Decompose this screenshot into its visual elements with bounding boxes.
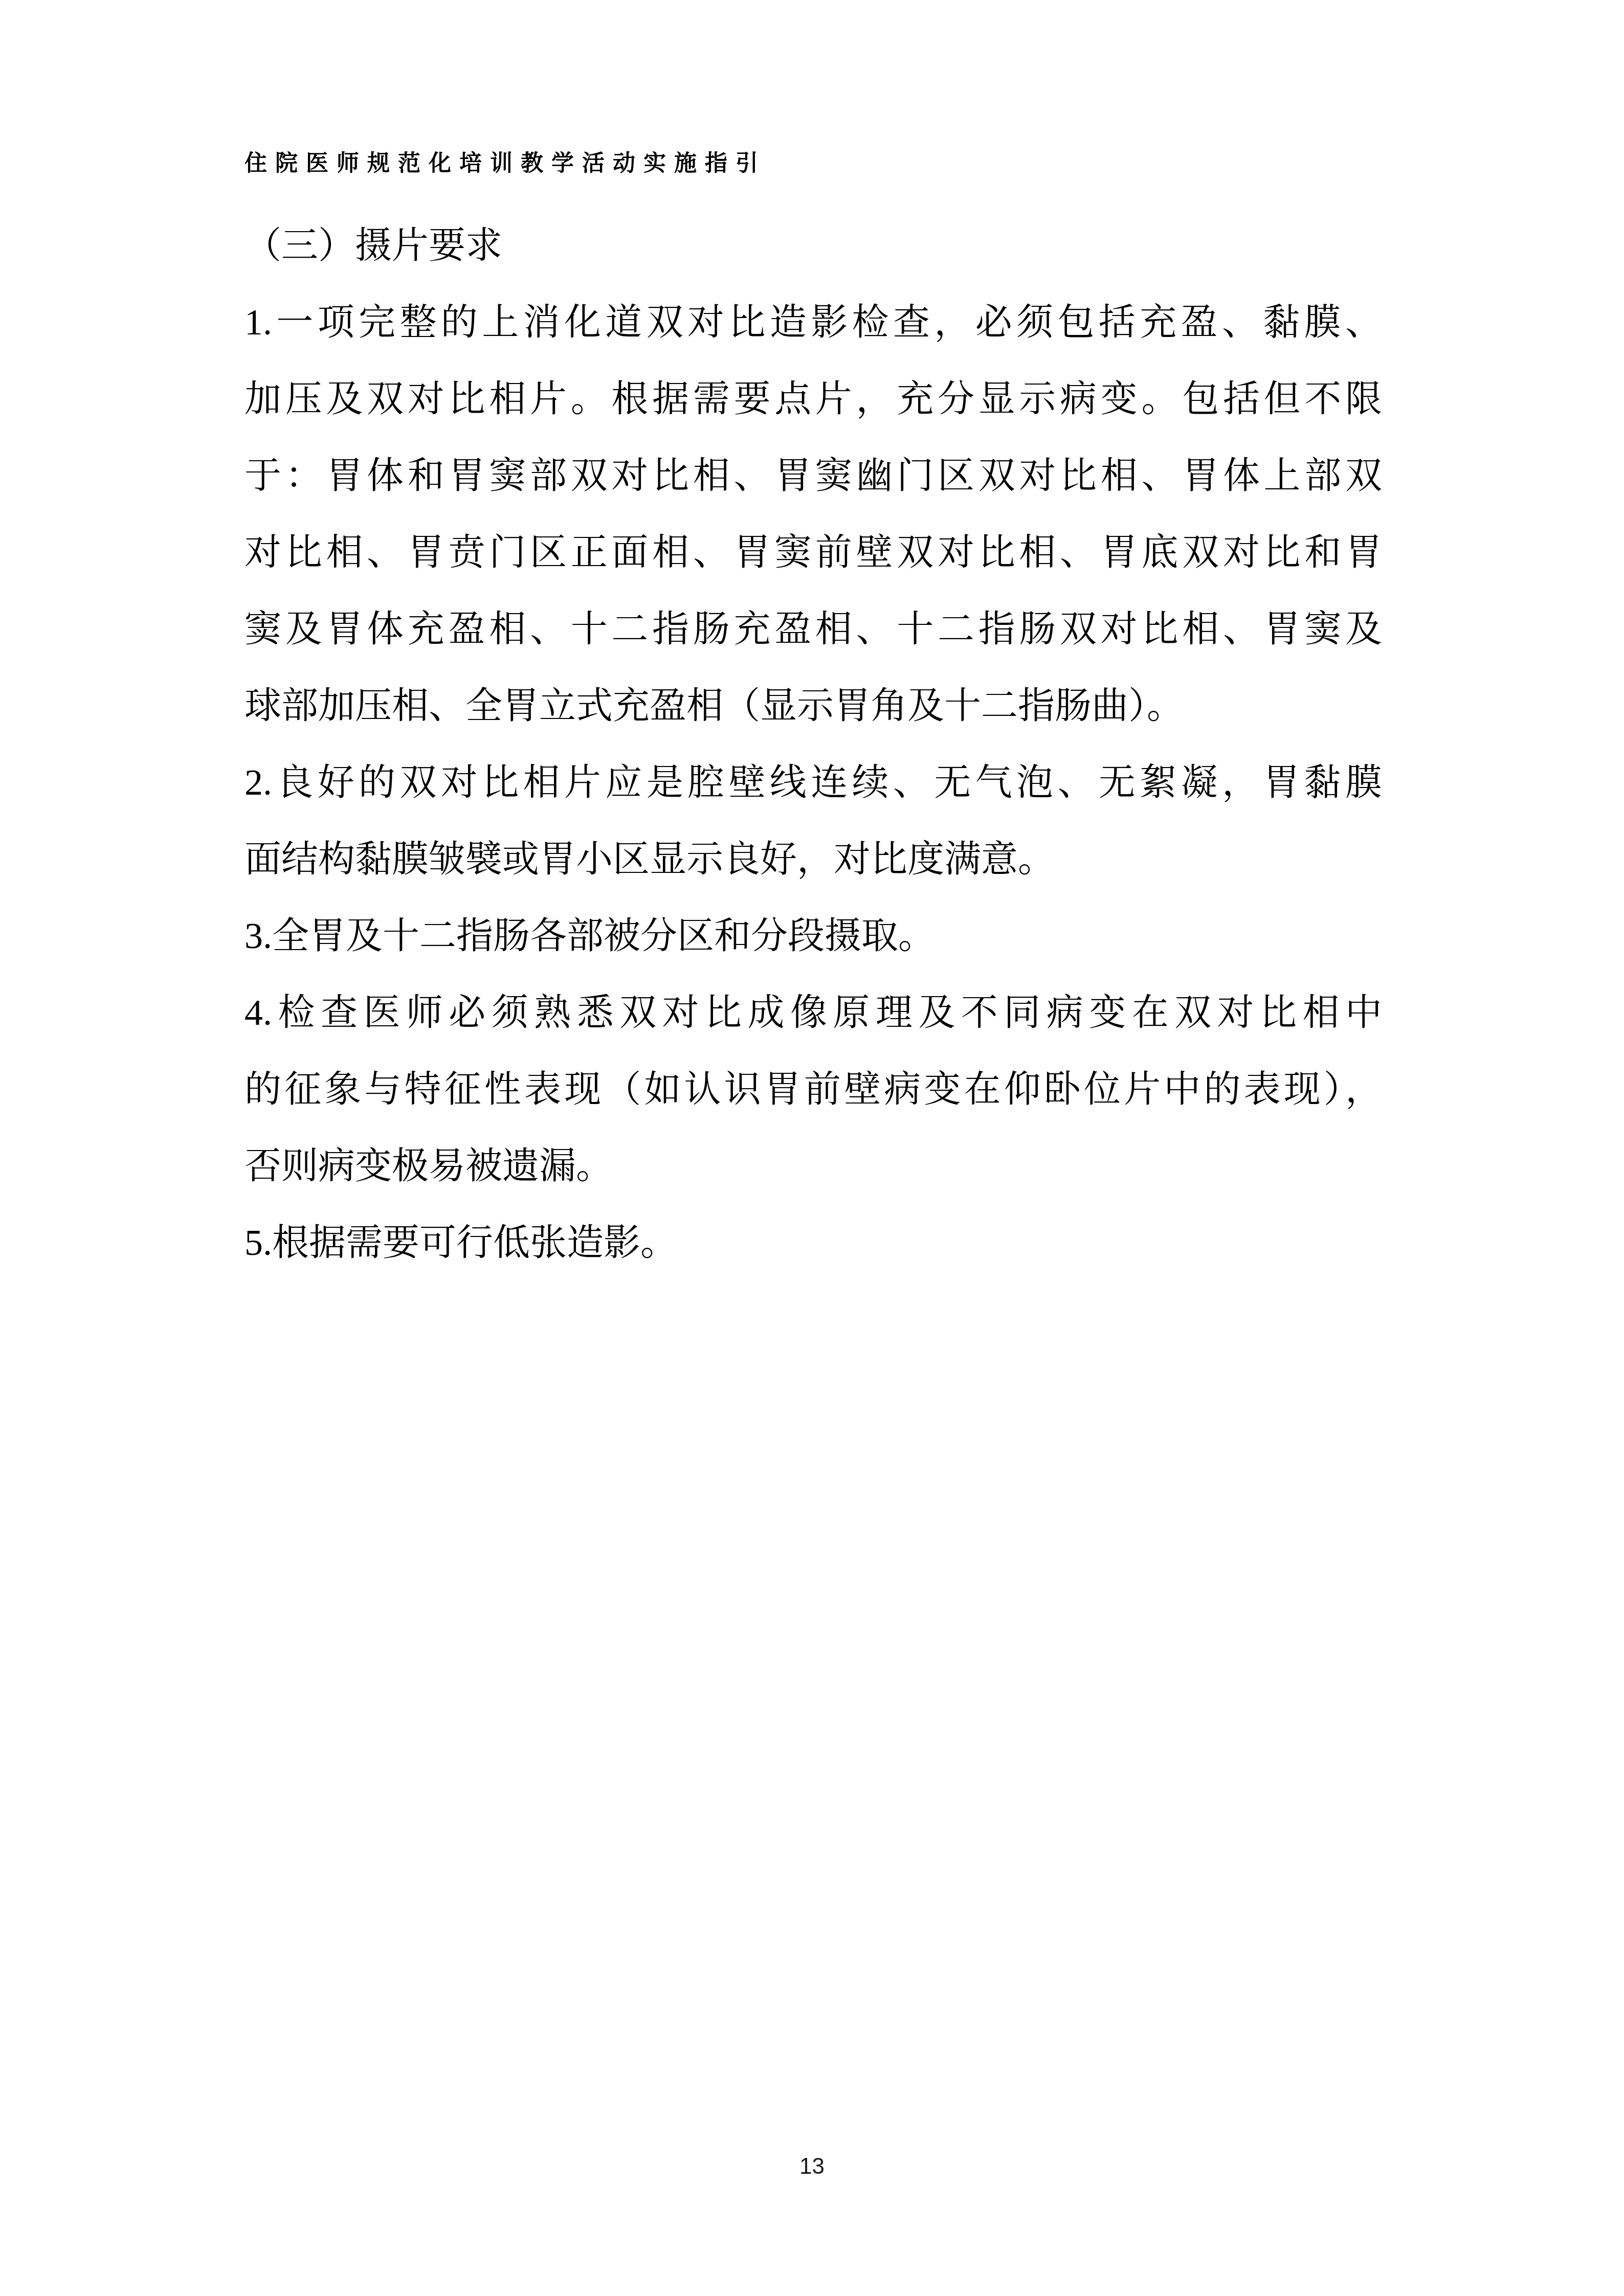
body-line: 的征象与特征性表现（如认识胃前壁病变在仰卧位片中的表现），: [244, 1051, 1382, 1128]
body-line: 窦及胃体充盈相、十二指肠充盈相、十二指肠双对比相、胃窦及: [244, 591, 1382, 667]
body-line: 3.全胃及十二指肠各部被分区和分段摄取。: [244, 897, 1382, 974]
body-line: 4.检查医师必须熟悉双对比成像原理及不同病变在双对比相中: [244, 974, 1382, 1051]
page-number: 13: [0, 2154, 1624, 2179]
document-page: 住院医师规范化培训教学活动实施指引 （三）摄片要求 1.一项完整的上消化道双对比…: [0, 0, 1624, 2296]
body-line: 对比相、胃贲门区正面相、胃窦前壁双对比相、胃底双对比和胃: [244, 514, 1382, 591]
body-line: 2.良好的双对比相片应是腔壁线连续、无气泡、无絮凝，胃黏膜: [244, 744, 1382, 821]
document-body: （三）摄片要求 1.一项完整的上消化道双对比造影检查，必须包括充盈、黏膜、 加压…: [244, 207, 1382, 1281]
body-line: 于：胃体和胃窦部双对比相、胃窦幽门区双对比相、胃体上部双: [244, 437, 1382, 514]
body-line: 5.根据需要可行低张造影。: [244, 1204, 1382, 1281]
body-line: 加压及双对比相片。根据需要点片，充分显示病变。包括但不限: [244, 361, 1382, 437]
body-line: 面结构黏膜皱襞或胃小区显示良好，对比度满意。: [244, 821, 1382, 897]
section-heading: （三）摄片要求: [244, 207, 1382, 284]
body-line: 1.一项完整的上消化道双对比造影检查，必须包括充盈、黏膜、: [244, 284, 1382, 361]
body-line: 否则病变极易被遗漏。: [244, 1128, 1382, 1204]
body-line: 球部加压相、全胃立式充盈相（显示胃角及十二指肠曲）。: [244, 667, 1382, 744]
document-header-title: 住院医师规范化培训教学活动实施指引: [244, 148, 766, 179]
